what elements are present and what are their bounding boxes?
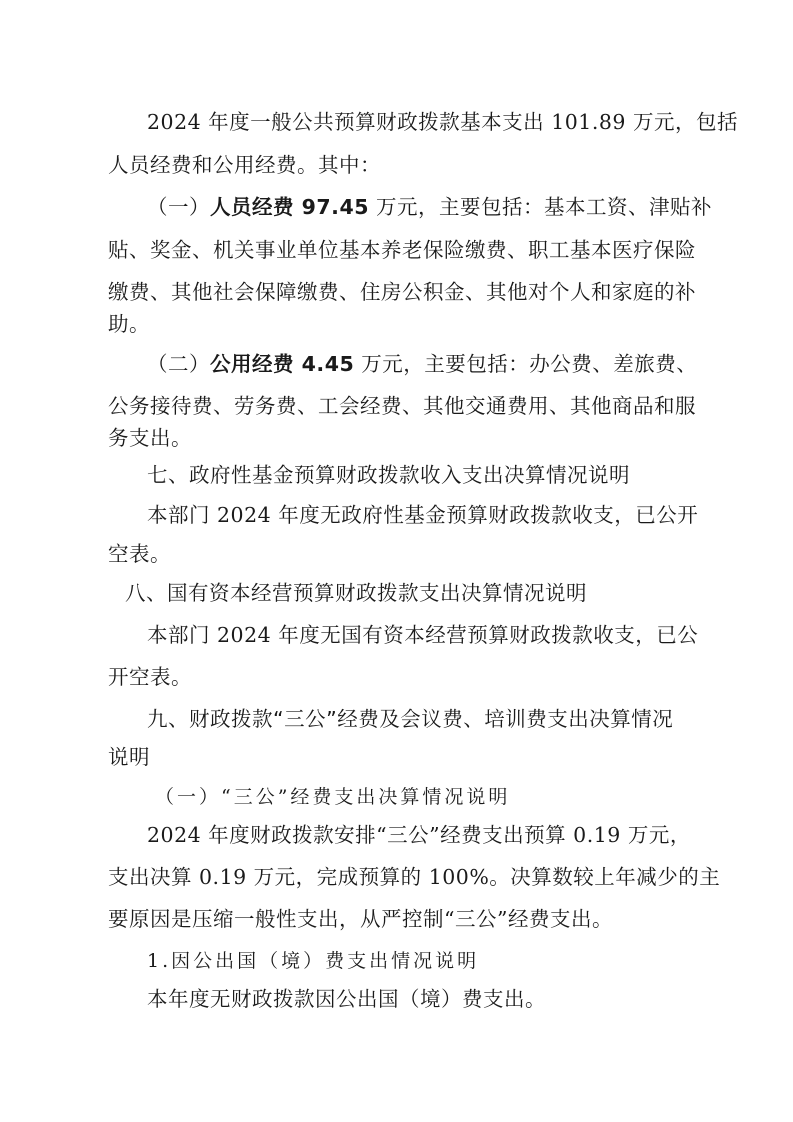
personnel-expense-line1: （一）人员经费 97.45 万元，主要包括：基本工资、津贴补 — [147, 195, 747, 219]
section-8-heading: 八、国有资本经营预算财政拨款支出决算情况说明 — [125, 581, 725, 605]
basic-expense-line2: 人员经费和公用经费。其中： — [108, 153, 708, 177]
section-9-para-line2: 支出决算 0.19 万元，完成预算的 100%。决算数较上年减少的主 — [108, 865, 708, 889]
public-prefix: （二） — [147, 352, 210, 376]
personnel-prefix: （一） — [147, 195, 210, 219]
section-9-sub2: 1.因公出国（境）费支出情况说明 — [147, 949, 747, 973]
document-page: 2024 年度一般公共预算财政拨款基本支出 101.89 万元，包括 人员经费和… — [0, 0, 793, 1122]
personnel-expense-line3: 缴费、其他社会保障缴费、住房公积金、其他对个人和家庭的补 — [108, 280, 708, 304]
section-8-line1: 本部门 2024 年度无国有资本经营预算财政拨款收支，已公 — [147, 623, 747, 647]
section-9-heading-line1: 九、财政拨款“三公”经费及会议费、培训费支出决算情况 — [147, 707, 747, 731]
section-7-heading: 七、政府性基金预算财政拨款收入支出决算情况说明 — [147, 463, 747, 487]
section-9-sub1: （一）“三公”经费支出决算情况说明 — [155, 785, 755, 809]
personnel-rest: 万元，主要包括：基本工资、津贴补 — [369, 195, 712, 219]
basic-expense-line1: 2024 年度一般公共预算财政拨款基本支出 101.89 万元，包括 — [147, 110, 747, 134]
public-rest: 万元，主要包括：办公费、差旅费、 — [354, 352, 697, 376]
section-7-line2: 空表。 — [108, 542, 708, 566]
public-expense-line1: （二）公用经费 4.45 万元，主要包括：办公费、差旅费、 — [147, 352, 747, 376]
section-9-para-line4: 本年度无财政拨款因公出国（境）费支出。 — [147, 987, 747, 1011]
personnel-expense-line4: 助。 — [108, 312, 708, 336]
section-7-line1: 本部门 2024 年度无政府性基金预算财政拨款收支，已公开 — [147, 503, 747, 527]
public-bold: 公用经费 4.45 — [210, 352, 354, 376]
public-expense-line2: 公务接待费、劳务费、工会经费、其他交通费用、其他商品和服 — [108, 394, 708, 418]
section-8-line2: 开空表。 — [108, 665, 708, 689]
section-9-para-line1: 2024 年度财政拨款安排“三公”经费支出预算 0.19 万元， — [147, 823, 747, 847]
public-expense-line3: 务支出。 — [108, 426, 708, 450]
personnel-expense-line2: 贴、奖金、机关事业单位基本养老保险缴费、职工基本医疗保险 — [108, 238, 708, 262]
section-9-heading-line2: 说明 — [108, 745, 708, 769]
section-9-para-line3: 要原因是压缩一般性支出，从严控制“三公”经费支出。 — [108, 907, 708, 931]
personnel-bold: 人员经费 97.45 — [210, 195, 369, 219]
